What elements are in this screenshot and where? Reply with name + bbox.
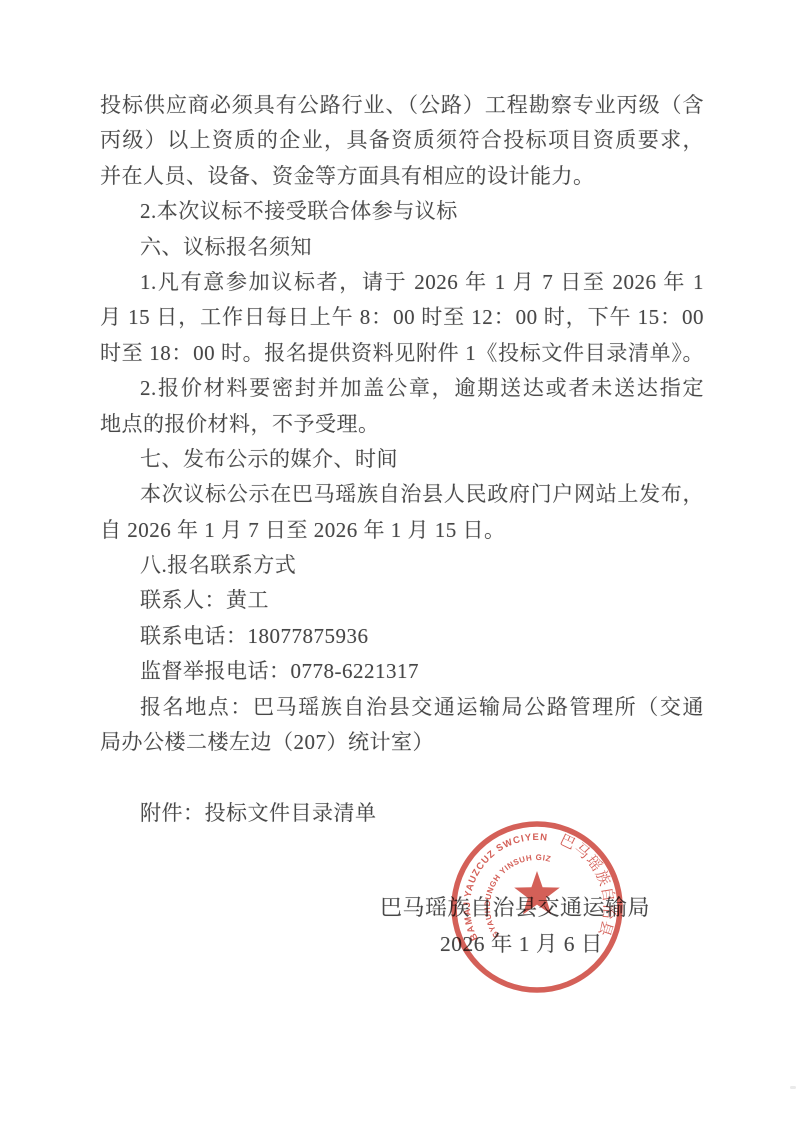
body-line: 自 2026 年 1 月 7 日至 2026 年 1 月 15 日。 (100, 513, 704, 548)
body-line: 报名地点：巴马瑶族自治县交通运输局公路管理所（交通 (100, 690, 704, 725)
body-line: 七、发布公示的媒介、时间 (100, 442, 704, 477)
body-line: 丙级）以上资质的企业，具备资质须符合投标项目资质要求， (100, 123, 704, 158)
body-line: 局办公楼二楼左边（207）统计室） (100, 725, 704, 760)
scan-artifact (790, 1086, 796, 1089)
official-seal: BAMAJ YAUZCUZ SWCIYEN 巴马瑶族自治县交通运输局 GYAUH… (445, 815, 629, 999)
seal-border-circle (454, 824, 620, 990)
body-text: 投标供应商必须具有公路行业、（公路）工程勘察专业丙级（含丙级）以上资质的企业，具… (100, 88, 704, 831)
body-line: 1.凡有意参加议标者，请于 2026 年 1 月 7 日至 2026 年 1 (100, 265, 704, 300)
body-line: 并在人员、设备、资金等方面具有相应的设计能力。 (100, 159, 704, 194)
body-line: 监督举报电话：0778-6221317 (100, 654, 704, 689)
seal-star-icon (514, 871, 560, 914)
body-line: 六、议标报名须知 (100, 230, 704, 265)
body-line: 联系电话：18077875936 (100, 619, 704, 654)
body-line: 时至 18：00 时。报名提供资料见附件 1《投标文件目录清单》。 (100, 336, 704, 371)
body-line: 月 15 日，工作日每日上午 8：00 时至 12：00 时，下午 15：00 (100, 300, 704, 335)
body-line: 联系人：黄工 (100, 583, 704, 618)
body-line: 地点的报价材料，不予受理。 (100, 407, 704, 442)
body-line: 八.报名联系方式 (100, 548, 704, 583)
body-line (100, 760, 704, 795)
body-line: 2.报价材料要密封并加盖公章，逾期送达或者未送达指定 (100, 371, 704, 406)
body-line: 投标供应商必须具有公路行业、（公路）工程勘察专业丙级（含 (100, 88, 704, 123)
body-line: 本次议标公示在巴马瑶族自治县人民政府门户网站上发布， (100, 477, 704, 512)
seal-outer-ring-text: BAMAJ YAUZCUZ SWCIYEN 巴马瑶族自治县交通运输局 (445, 815, 617, 942)
document-page: 投标供应商必须具有公路行业、（公路）工程勘察专业丙级（含丙级）以上资质的企业，具… (0, 0, 800, 1131)
seal-graphic: BAMAJ YAUZCUZ SWCIYEN 巴马瑶族自治县交通运输局 GYAUH… (445, 815, 629, 999)
body-line: 2.本次议标不接受联合体参与议标 (100, 194, 704, 229)
